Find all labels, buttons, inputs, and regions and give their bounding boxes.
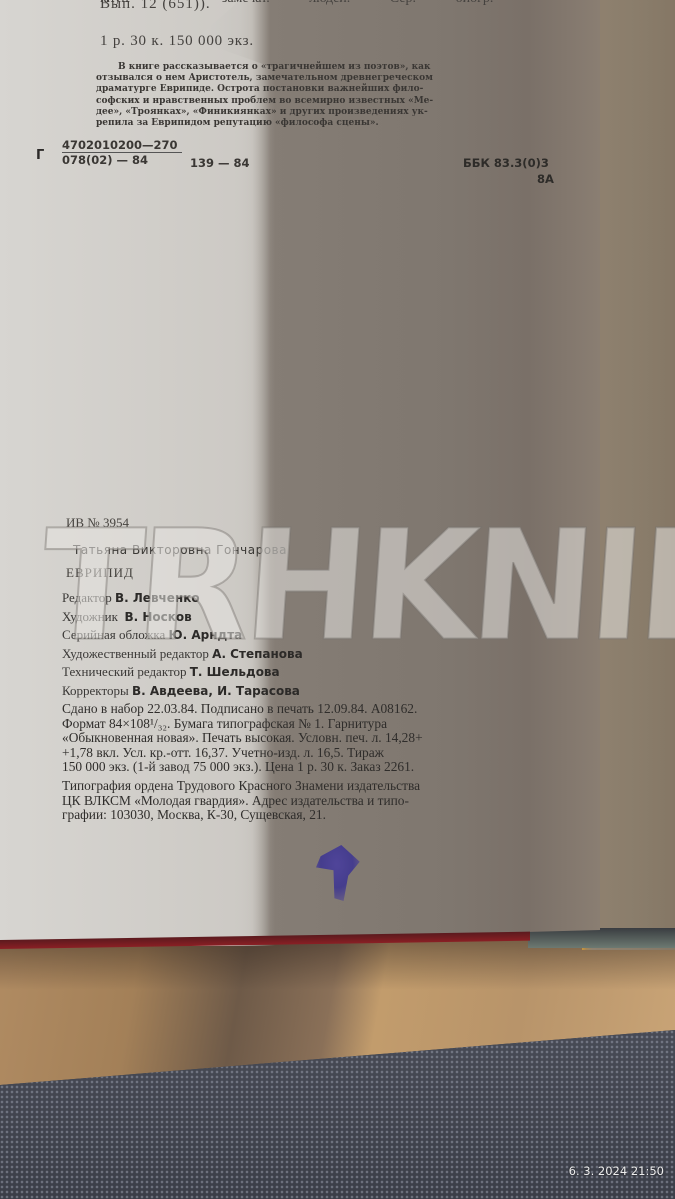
credit-role: Художник: [62, 609, 118, 624]
annotation-line: софских и нравственных проблем во всемир…: [96, 96, 586, 107]
catalog-letter: Г: [36, 148, 44, 163]
annotation-line: дее», «Троянках», «Финикиянках» и других…: [96, 107, 586, 118]
credit-name: Ю. Арндта: [169, 628, 243, 642]
annotation-line: отзывался о нем Аристотель, замечательно…: [96, 73, 586, 84]
bbk-subcode: 8А: [537, 172, 554, 186]
bibliographic-tail-line-1: Вып. 12 (651)).: [100, 0, 211, 13]
credit-name: В. Авдеева, И. Тарасова: [132, 684, 300, 698]
photo-timestamp: 6. 3. 2024 21:50: [569, 1164, 664, 1178]
credit-name: В. Носков: [124, 610, 191, 624]
print-detail-line: 150 000 экз. (1-й завод 75 000 экз.). Це…: [62, 760, 584, 775]
credit-name: Т. Шельдова: [190, 665, 280, 679]
catalog-denominator: 078(02) — 84: [62, 153, 182, 167]
ib-number: ИВ № 3954: [66, 515, 129, 531]
credit-art-editor: Художественный редактор А. Степанова: [62, 645, 303, 664]
print-detail-line: Сдано в набор 22.03.84. Подписано в печа…: [62, 702, 584, 717]
credit-role: Художественный редактор: [62, 646, 209, 661]
bbk-code: ББК 83.3(0)3: [463, 156, 549, 170]
credit-artist: Художник В. Носков: [62, 608, 303, 627]
print-detail-line: +1,78 вкл. Усл. кр.-отт. 16,37. Учетно-и…: [62, 746, 584, 761]
credit-role: Технический редактор: [62, 664, 186, 679]
credit-role: Серийная обложка: [62, 627, 165, 642]
book-title: ЕВРИПИД: [66, 565, 134, 581]
annotation-line: репила за Еврипидом репутацию «философа …: [96, 118, 586, 129]
credit-role: Корректоры: [62, 683, 129, 698]
print-detail-line: «Обыкновенная новая». Печать высокая. Ус…: [62, 731, 584, 746]
credit-name: В. Левченко: [115, 591, 200, 605]
printer-line: графии: 103030, Москва, К-30, Сущевская,…: [62, 808, 584, 823]
credit-proofreaders: Корректоры В. Авдеева, И. Тарасова: [62, 682, 303, 701]
annotation-line: драматурге Еврипиде. Острота постановки …: [96, 84, 586, 95]
catalog-numerator: 4702010200—270: [62, 138, 182, 153]
credit-cover: Серийная обложка Ю. Арндта: [62, 626, 303, 645]
credit-name: А. Степанова: [212, 647, 303, 661]
annotation-line: В книге рассказывается о «трагичнейшем и…: [96, 62, 586, 73]
credit-editor: Редактор В. Левченко: [62, 589, 303, 608]
price-line: 1 р. 30 к. 150 000 экз.: [100, 33, 254, 50]
printer-info: Типография ордена Трудового Красного Зна…: [62, 779, 584, 823]
credit-role: Редактор: [62, 590, 112, 605]
credit-tech-editor: Технический редактор Т. Шельдова: [62, 663, 303, 682]
printer-line: ЦК ВЛКСМ «Молодая гвардия». Адрес издате…: [62, 794, 584, 809]
credits-list: Редактор В. Левченко Художник В. Носков …: [62, 589, 303, 700]
author-name: Татьяна Викторовна Гончарова: [73, 543, 287, 557]
catalog-fraction: 4702010200—270 078(02) — 84: [62, 138, 182, 167]
print-details: Сдано в набор 22.03.84. Подписано в печа…: [62, 702, 584, 775]
print-detail-line: Формат 84×108¹/₃₂. Бумага типографская №…: [62, 717, 584, 732]
annotation-block: В книге рассказывается о «трагичнейшем и…: [96, 62, 586, 129]
printer-line: Типография ордена Трудового Красного Зна…: [62, 779, 584, 794]
catalog-suffix: 139 — 84: [190, 156, 250, 170]
